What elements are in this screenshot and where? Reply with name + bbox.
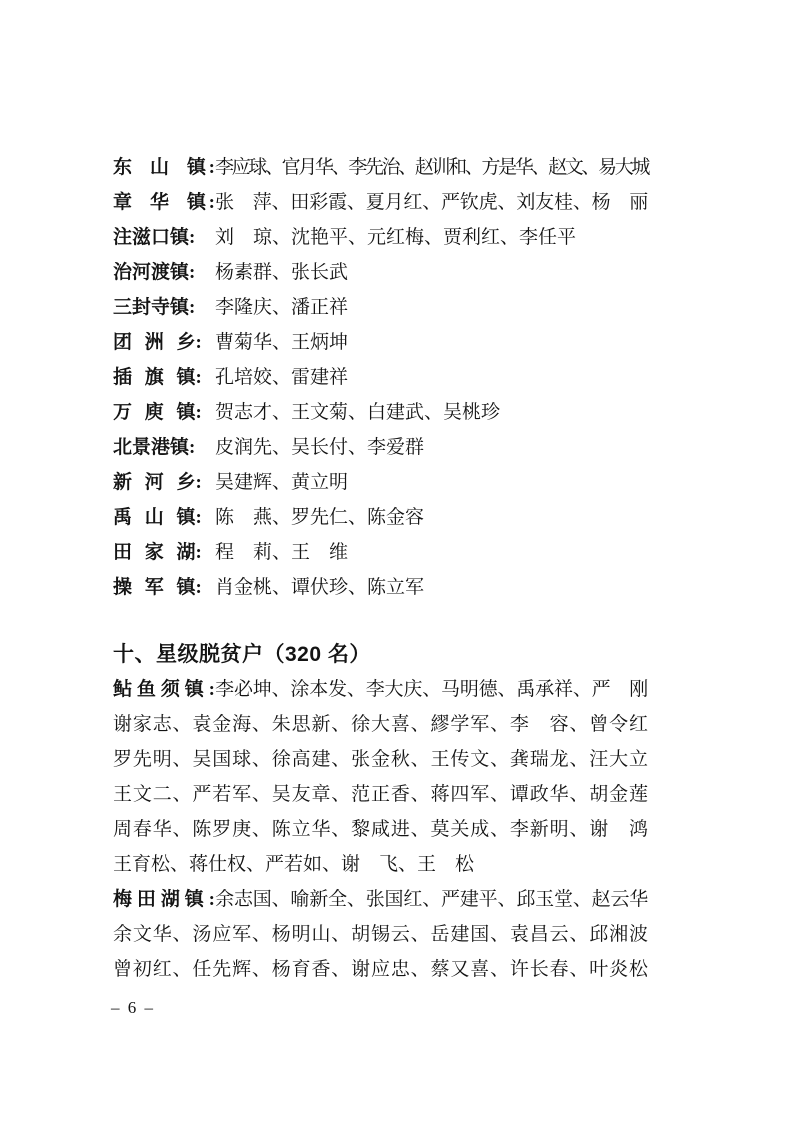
roster-continuation-line: 周春华、陈罗庚、陈立华、黎咸进、莫关成、李新明、谢 鸿 [113,812,648,847]
town-label: 梅田湖镇: [113,882,215,917]
roster-continuation-line: 谢家志、袁金海、朱思新、徐大喜、繆学军、李 容、曾令红 [113,707,648,742]
town-label: 田 家 湖: [113,535,215,570]
names-text: 张 萍、田彩霞、夏月红、严钦虎、刘友桂、杨 丽 [215,192,648,213]
roster-continuation-line: 余文华、汤应军、杨明山、胡锡云、岳建国、袁昌云、邱湘波 [113,917,648,952]
town-label: 三封寺镇: [113,290,215,325]
names-text: 陈 燕、罗先仁、陈金容 [215,507,424,528]
roster-continuation-line: 王文二、严若军、吴友章、范正香、蒋四军、谭政华、胡金莲 [113,777,648,812]
town-label: 团 洲 乡: [113,325,215,360]
town-label: 东 山 镇: [113,150,215,185]
roster-line-zhihedu: 治河渡镇:杨素群、张长武 [113,255,648,290]
town-label: 操 军 镇: [113,570,215,605]
roster-line-nianyuxu: 鲇鱼须镇:李必坤、涂本发、李大庆、马明德、禹承祥、严 刚 [113,672,648,707]
town-label: 治河渡镇: [113,255,215,290]
names-text: 程 莉、王 维 [215,542,348,563]
roster-line-sanfengsi: 三封寺镇:李隆庆、潘正祥 [113,290,648,325]
roster-line-zhuzikou: 注滋口镇:刘 琼、沈艳平、元红梅、贾利红、李任平 [113,220,648,255]
roster-continuation-line: 罗先明、吴国球、徐高建、张金秋、王传文、龚瑞龙、汪大立 [113,742,648,777]
names-text: 刘 琼、沈艳平、元红梅、贾利红、李任平 [215,227,576,248]
roster-line-caojun: 操 军 镇:肖金桃、谭伏珍、陈立军 [113,570,648,605]
roster-line-meitianhu: 梅田湖镇:余志国、喻新全、张国红、严建平、邱玉堂、赵云华 [113,882,648,917]
town-label: 鲇鱼须镇: [113,672,215,707]
town-label: 万 庾 镇: [113,395,215,430]
roster-line-yushan: 禹 山 镇:陈 燕、罗先仁、陈金容 [113,500,648,535]
town-label: 注滋口镇: [113,220,215,255]
names-text: 肖金桃、谭伏珍、陈立军 [215,577,424,598]
document-page: 东 山 镇:李应球、官月华、李先治、赵训和、方是华、赵文、易大城 章 华 镇:张… [0,0,793,1122]
names-text: 罗先明、吴国球、徐高建、张金秋、王传文、龚瑞龙、汪大立 [113,749,648,770]
town-label: 插 旗 镇: [113,360,215,395]
town-label: 禹 山 镇: [113,500,215,535]
names-text: 杨素群、张长武 [215,262,348,283]
town-label: 章 华 镇: [113,185,215,220]
roster-line-wanyu: 万 庾 镇:贺志才、王文菊、白建武、吴桃珍 [113,395,648,430]
names-text: 皮润先、吴长付、李爱群 [215,437,424,458]
roster-content: 东 山 镇:李应球、官月华、李先治、赵训和、方是华、赵文、易大城 章 华 镇:张… [113,150,648,987]
town-label: 北景港镇: [113,430,215,465]
names-text: 贺志才、王文菊、白建武、吴桃珍 [215,402,500,423]
names-text: 李隆庆、潘正祥 [215,297,348,318]
roster-continuation-line: 王育松、蒋仕权、严若如、谢 飞、王 松 [113,847,648,882]
names-text: 李必坤、涂本发、李大庆、马明德、禹承祥、严 刚 [215,679,648,700]
town-label: 新 河 乡: [113,465,215,500]
roster-line-xinhe: 新 河 乡:吴建辉、黄立明 [113,465,648,500]
names-text: 王育松、蒋仕权、严若如、谢 飞、王 松 [113,854,474,875]
names-text: 孔培姣、雷建祥 [215,367,348,388]
names-text: 余文华、汤应军、杨明山、胡锡云、岳建国、袁昌云、邱湘波 [113,924,648,945]
roster-line-zhanghua: 章 华 镇:张 萍、田彩霞、夏月红、严钦虎、刘友桂、杨 丽 [113,185,648,220]
page-number: – 6 – [111,998,155,1018]
names-text: 余志国、喻新全、张国红、严建平、邱玉堂、赵云华 [215,889,648,910]
section-heading: 十、星级脱贫户（320 名） [113,637,648,672]
roster-line-tianjiahu: 田 家 湖:程 莉、王 维 [113,535,648,570]
names-text: 李应球、官月华、李先治、赵训和、方是华、赵文、易大城 [215,157,648,178]
roster-line-tuanzhou: 团 洲 乡:曹菊华、王炳坤 [113,325,648,360]
names-text: 周春华、陈罗庚、陈立华、黎咸进、莫关成、李新明、谢 鸿 [113,819,648,840]
roster-line-beijinggang: 北景港镇:皮润先、吴长付、李爱群 [113,430,648,465]
names-text: 王文二、严若军、吴友章、范正香、蒋四军、谭政华、胡金莲 [113,784,648,805]
roster-continuation-line: 曾初红、任先辉、杨育香、谢应忠、蔡又喜、许长春、叶炎松 [113,952,648,987]
names-text: 曾初红、任先辉、杨育香、谢应忠、蔡又喜、许长春、叶炎松 [113,959,648,980]
names-text: 谢家志、袁金海、朱思新、徐大喜、繆学军、李 容、曾令红 [113,714,648,735]
roster-line-dongshan: 东 山 镇:李应球、官月华、李先治、赵训和、方是华、赵文、易大城 [113,150,648,185]
names-text: 吴建辉、黄立明 [215,472,348,493]
roster-line-chaqi: 插 旗 镇:孔培姣、雷建祥 [113,360,648,395]
names-text: 曹菊华、王炳坤 [215,332,348,353]
